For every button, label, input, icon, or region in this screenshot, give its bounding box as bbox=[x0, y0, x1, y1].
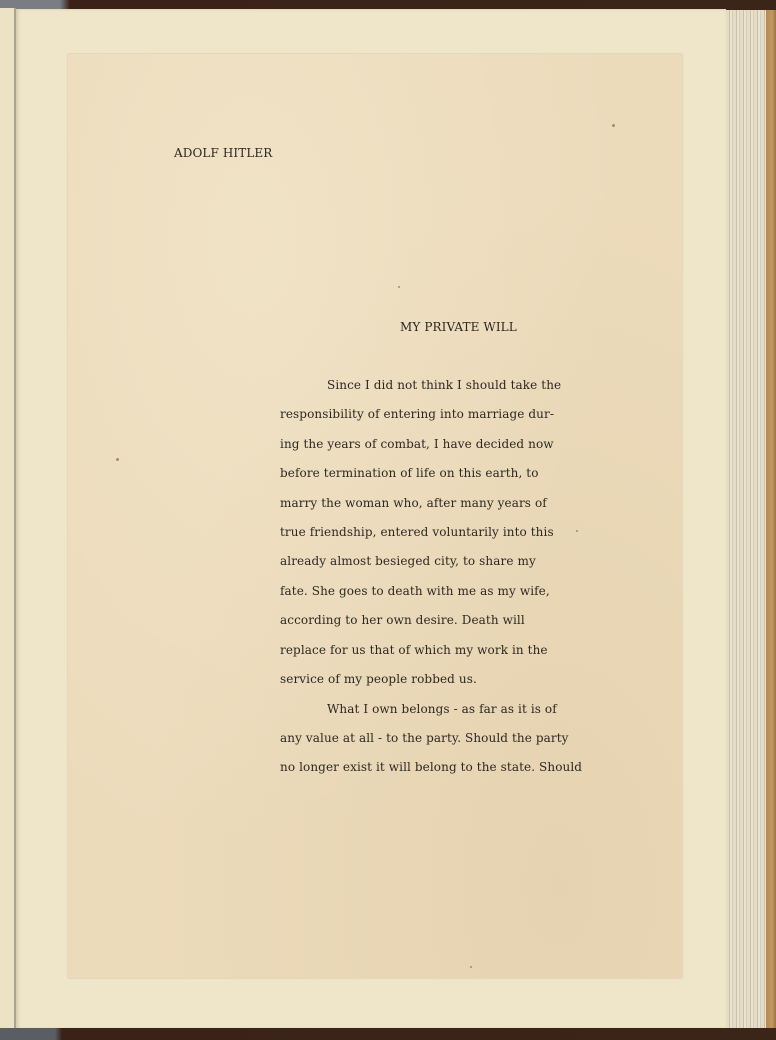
paper-speck bbox=[398, 286, 400, 288]
page-stack-edges bbox=[726, 10, 766, 1028]
body-line: no longer exist it will belong to the st… bbox=[280, 760, 582, 774]
body-line: responsibility of entering into marriage… bbox=[280, 407, 554, 421]
typed-document-sheet: ADOLF HITLER MY PRIVATE WILL Since I did… bbox=[68, 54, 682, 978]
document-title: MY PRIVATE WILL bbox=[400, 320, 517, 334]
body-line: Since I did not think I should take the bbox=[327, 378, 561, 392]
body-line: before termination of life on this earth… bbox=[280, 466, 539, 480]
scanner-bottom-edge bbox=[0, 1028, 776, 1040]
body-line: fate. She goes to death with me as my wi… bbox=[280, 584, 550, 598]
facing-page-edge bbox=[0, 8, 16, 1030]
body-line: replace for us that of which my work in … bbox=[280, 643, 548, 657]
paper-speck bbox=[470, 966, 472, 968]
paper-speck bbox=[576, 530, 578, 532]
body-line: marry the woman who, after many years of bbox=[280, 496, 547, 510]
body-line: service of my people robbed us. bbox=[280, 672, 477, 686]
body-line: according to her own desire. Death will bbox=[280, 613, 525, 627]
body-line: already almost besieged city, to share m… bbox=[280, 554, 536, 568]
body-line: ing the years of combat, I have decided … bbox=[280, 437, 554, 451]
body-line: any value at all - to the party. Should … bbox=[280, 731, 569, 745]
book-cover-edge bbox=[766, 10, 776, 1028]
paper-speck bbox=[116, 458, 119, 461]
author-heading: ADOLF HITLER bbox=[174, 146, 272, 160]
body-line: true friendship, entered voluntarily int… bbox=[280, 525, 554, 539]
paper-speck bbox=[612, 124, 615, 127]
body-line: What I own belongs - as far as it is of bbox=[327, 702, 557, 716]
